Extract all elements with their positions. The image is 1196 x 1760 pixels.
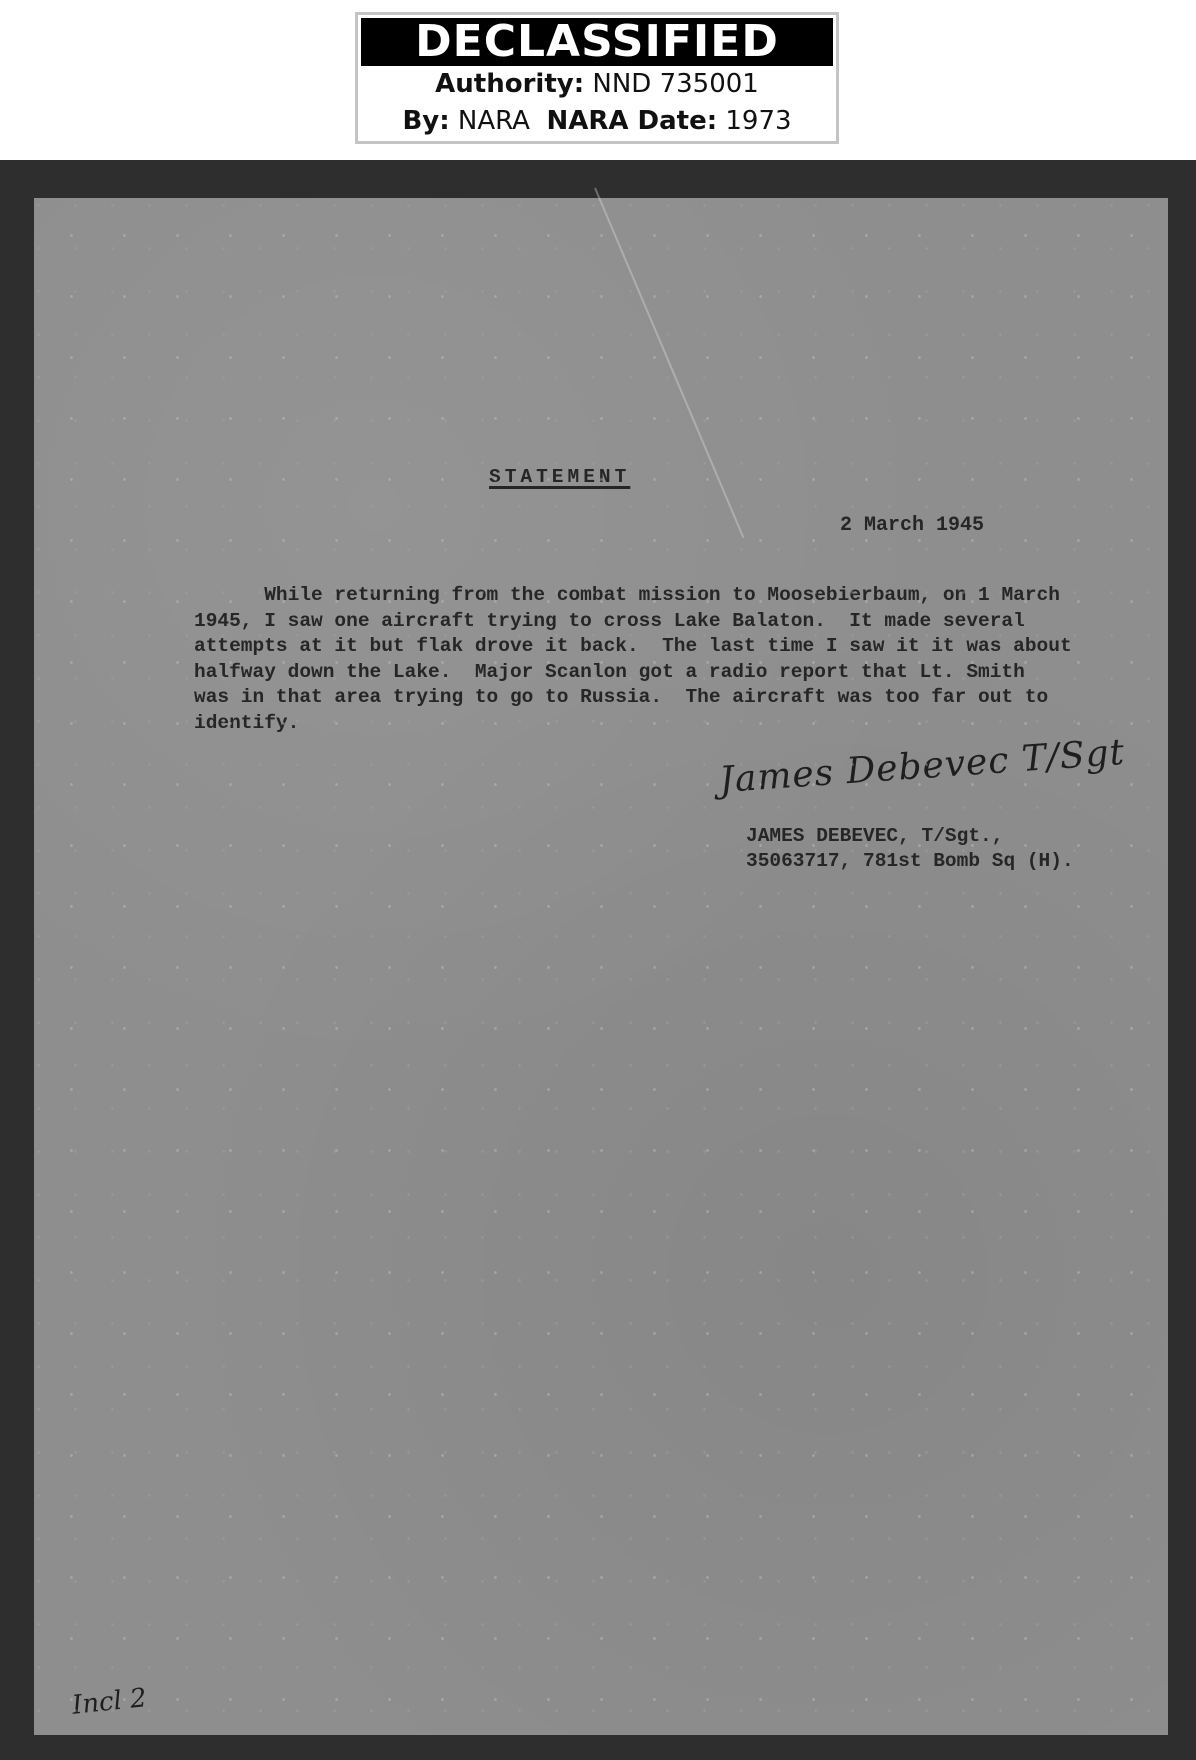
stamp-by-line: By: NARA NARA Date: 1973 (358, 103, 836, 140)
document-title: STATEMENT (489, 466, 630, 488)
enclosure-note: Incl 2 (71, 1683, 148, 1721)
signatory-name: JAMES DEBEVEC, T/Sgt., (746, 824, 1074, 849)
declassified-stamp: DECLASSIFIED Authority: NND 735001 By: N… (355, 12, 839, 144)
by-value: NARA (458, 106, 530, 136)
stamp-authority-line: Authority: NND 735001 (358, 66, 836, 103)
authority-label: Authority: (435, 69, 584, 99)
nara-date-label: NARA Date: (546, 106, 717, 136)
signatory-unit: 35063717, 781st Bomb Sq (H). (746, 849, 1074, 874)
authority-value: NND 735001 (592, 69, 758, 99)
scanned-page-frame: STATEMENT 2 March 1945 While returning f… (0, 160, 1196, 1760)
by-label: By: (402, 106, 449, 136)
handwritten-signature: James Debevec T/Sgt (718, 732, 1126, 801)
stamp-title: DECLASSIFIED (361, 18, 833, 66)
document-date: 2 March 1945 (840, 514, 984, 537)
statement-body: While returning from the combat mission … (194, 583, 1144, 736)
nara-date-value: 1973 (725, 106, 791, 136)
signature-block: JAMES DEBEVEC, T/Sgt.,35063717, 781st Bo… (746, 824, 1074, 874)
document-paper: STATEMENT 2 March 1945 While returning f… (34, 198, 1168, 1735)
